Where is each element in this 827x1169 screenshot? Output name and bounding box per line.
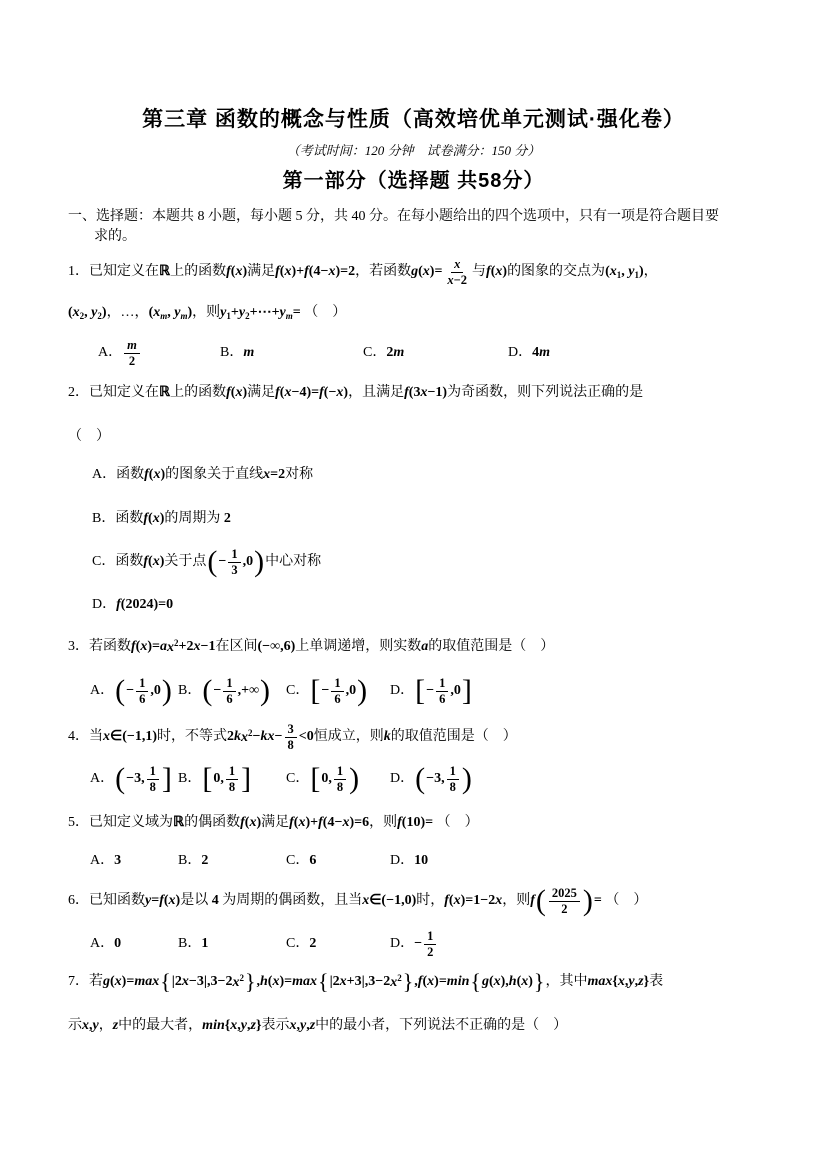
exam-page: 第三章 函数的概念与性质（高效培优单元测试·强化卷） （考试时间：120 分钟 …	[0, 0, 827, 1169]
question-5-option-b: B．2	[178, 850, 286, 872]
question-4-option-b: B．[0,18]	[178, 756, 286, 802]
question-4-option-d: D．(−3,18)	[390, 756, 797, 802]
question-1-option-a: A．m2	[98, 332, 220, 374]
question-3-option-a: A．(−16,0)	[90, 668, 178, 714]
question-5-option-a: A．3	[90, 850, 178, 872]
question-7-stem-line-2: 示x,y，z中的最大者，min{x,y,z}表示x,y,z中的最小者，下列说法不…	[68, 1010, 567, 1042]
page-title: 第三章 函数的概念与性质（高效培优单元测试·强化卷）	[0, 104, 827, 136]
question-4-stem: 4．当x∈(−1,1)时，不等式2kx2−kx−38<0恒成立，则k的取值范围是…	[68, 716, 517, 758]
question-6-option-c: C．2	[286, 922, 390, 966]
question-3-options-row: A．(−16,0) B．(−16,+∞) C．[−16,0) D．[−16,0]	[68, 668, 797, 714]
question-6-option-a: A．0	[90, 922, 178, 966]
question-5-option-c: C．6	[286, 850, 390, 872]
question-2-stem-line-1: 2．已知定义在ℝ上的函数f(x)满足f(x−4)=f(−x)，且满足f(3x−1…	[68, 380, 643, 406]
question-2-stem-line-2: （ ）	[68, 426, 110, 448]
question-3-option-b: B．(−16,+∞)	[178, 668, 286, 714]
exam-time-score-subtitle: （考试时间：120 分钟 试卷满分：150 分）	[0, 141, 827, 161]
question-2-option-b: B．函数f(x)的周期为 2	[92, 506, 231, 532]
question-1-stem-line-2: (x2, y2)，…，(xm, ym)，则y1+y2+⋯+ym= （ ）	[68, 300, 346, 326]
question-1-stem-line-1: 1．已知定义在ℝ上的函数f(x)满足f(x)+f(4−x)=2，若函数g(x)=…	[68, 250, 658, 294]
question-2-option-a: A．函数f(x)的图象关于直线x=2对称	[92, 462, 313, 488]
question-6-option-b: B．1	[178, 922, 286, 966]
question-6-stem: 6．已知函数y=f(x)是以 4 为周期的偶函数，且当x∈(−1,0)时，f(x…	[68, 878, 647, 924]
question-2-option-c: C．函数f(x)关于点(−13,0)中心对称	[92, 540, 321, 584]
question-3-stem: 3．若函数f(x)=ax2+2x−1在区间(−∞,6)上单调递增，则实数a的取值…	[68, 634, 554, 660]
question-1-option-b: B．m	[220, 332, 363, 374]
question-4-options-row: A．(−3,18] B．[0,18] C．[0,18) D．(−3,18)	[68, 756, 797, 802]
instructions-line-2: 求的。	[94, 227, 136, 247]
question-5-option-d: D．10	[390, 850, 797, 872]
question-1-option-c: C．2m	[363, 332, 508, 374]
question-6-options-row: A．0 B．1 C．2 D．−12	[68, 922, 797, 966]
question-4-option-a: A．(−3,18]	[90, 756, 178, 802]
question-5-options-row: A．3 B．2 C．6 D．10	[68, 850, 797, 872]
question-3-option-c: C．[−16,0)	[286, 668, 390, 714]
section-heading: 第一部分（选择题 共58分）	[0, 166, 827, 196]
question-3-option-d: D．[−16,0]	[390, 668, 797, 714]
question-7-stem-line-1: 7．若g(x)=max{|2x−3|,3−2x2},h(x)=max{|2x+3…	[68, 966, 663, 998]
question-6-option-d: D．−12	[390, 922, 797, 966]
question-2-option-d: D．f(2024)=0	[92, 592, 173, 618]
question-1-option-d: D．4m	[508, 332, 797, 374]
instructions-line-1: 一、选择题：本题共 8 小题，每小题 5 分，共 40 分。在每小题给出的四个选…	[68, 207, 719, 227]
question-1-options-row: A．m2 B．m C．2m D．4m	[68, 332, 797, 374]
question-5-stem: 5．已知定义域为ℝ的偶函数f(x)满足f(x)+f(4−x)=6，则f(10)=…	[68, 810, 479, 836]
question-4-option-c: C．[0,18)	[286, 756, 390, 802]
